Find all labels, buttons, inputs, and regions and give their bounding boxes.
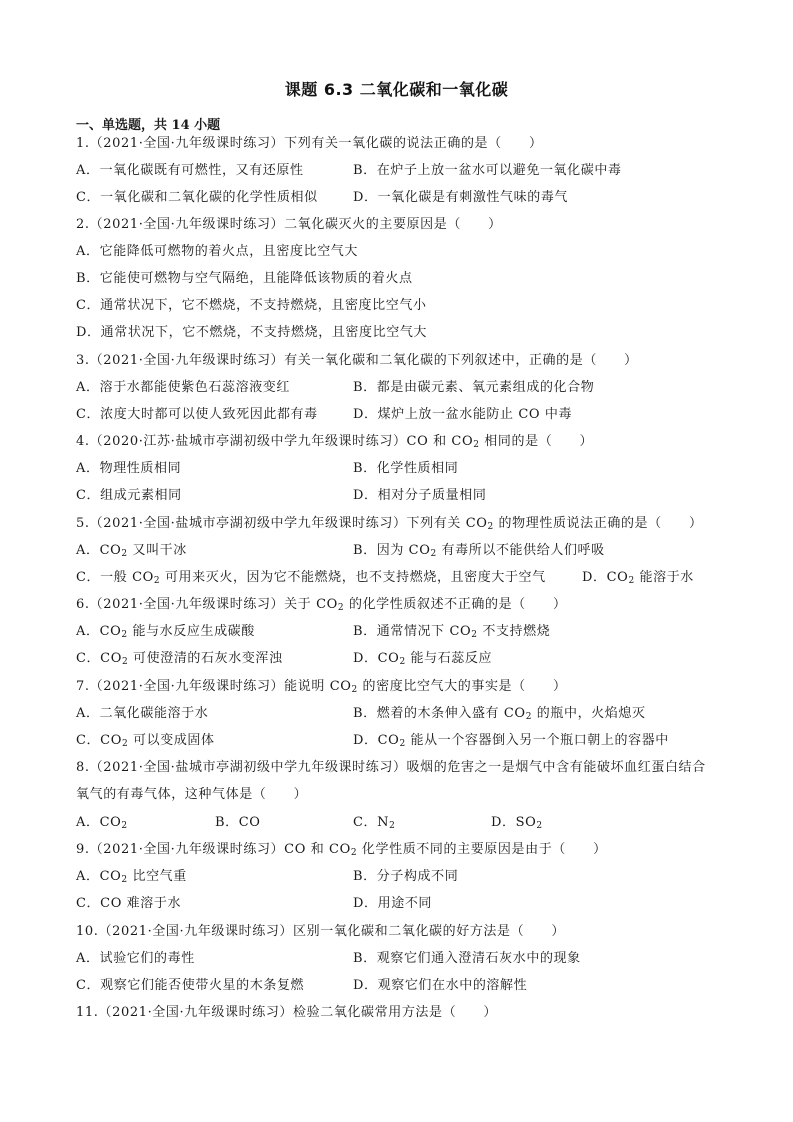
question-text: 的化学性质叙述不正确的是（ ） <box>344 597 566 612</box>
question-7-option-c: C．CO2 可以变成固体 <box>76 732 215 750</box>
question-3-stem: 3.（2021·全国·九年级课时练习）有关一氧化碳和二氧化碳的下列叙述中，正确的… <box>76 352 638 370</box>
option-text: D．CO <box>582 570 628 585</box>
option-text: A．CO <box>76 869 121 884</box>
question-8-option-a: A．CO2 <box>76 814 128 832</box>
option-text: 能溶于水 <box>635 570 694 585</box>
option-text: 可用来灭火，因为它不能燃烧，也不支持燃烧，且密度大于空气 <box>160 570 546 585</box>
option-text: A．二氧化碳能溶于水 <box>76 706 208 721</box>
question-text: （2021·全国·九年级课时练习）能说明 CO <box>90 679 352 694</box>
section-header: 一、单选题，共 14 小题 <box>76 114 220 133</box>
option-text: D．SO <box>491 815 536 830</box>
question-8-option-d: D．SO2 <box>491 814 543 832</box>
question-4-option-b: B．化学性质相同 <box>353 460 458 478</box>
question-9-option-c: C．CO 难溶于水 <box>76 895 181 913</box>
question-text: （2021·全国·九年级课时练习）有关一氧化碳和二氧化碳的下列叙述中，正确的是（… <box>90 353 638 368</box>
subscript: 2 <box>121 821 127 831</box>
option-text: C．N <box>353 815 389 830</box>
question-6-option-b: B．通常情况下 CO2 不支持燃烧 <box>353 623 550 641</box>
question-text: 化学性质不同的主要原因是由于（ ） <box>357 842 607 857</box>
question-3-option-d: D．煤炉上放一盆水能防止 CO 中毒 <box>353 406 572 424</box>
question-text: （2021·全国·九年级课时练习）检验二氧化碳常用方法是（ ） <box>98 1005 497 1020</box>
question-2-option-c: C．通常状况下，它不燃烧，不支持燃烧，且密度比空气小 <box>76 297 427 315</box>
question-10-option-d: D．观察它们在水中的溶解性 <box>353 977 527 995</box>
question-number: 9. <box>76 842 90 857</box>
option-text: 可使澄清的石灰水变浑浊 <box>128 651 282 666</box>
option-text: C．CO <box>76 651 122 666</box>
question-1-stem: 1.（2021·全国·九年级课时练习）下列有关一氧化碳的说法正确的是（ ） <box>76 135 543 153</box>
question-text: （2021·全国·九年级课时练习）下列有关一氧化碳的说法正确的是（ ） <box>90 136 543 151</box>
option-text: 有毒所以不能供给人们呼吸 <box>437 543 605 558</box>
option-text: 能与水反应生成碳酸 <box>128 624 255 639</box>
question-6-option-d: D．CO2 能与石蕊反应 <box>353 650 492 668</box>
question-8-stem-line-1: 8.（2021·全国·盐城市亭湖初级中学九年级课时练习）吸烟的危害之一是烟气中含… <box>76 759 706 777</box>
question-4-option-a: A．物理性质相同 <box>76 460 181 478</box>
question-number: 7. <box>76 679 90 694</box>
option-text: B．燃着的木条伸入盛有 CO <box>353 706 526 721</box>
question-10-option-b: B．观察它们通入澄清石灰水中的现象 <box>353 950 581 968</box>
question-10-stem: 10.（2021·全国·九年级课时练习）区别一氧化碳和二氧化碳的好方法是（ ） <box>76 923 565 941</box>
question-10-option-a: A．试验它们的毒性 <box>76 950 195 968</box>
option-text: B．CO <box>215 815 261 830</box>
question-7-stem: 7.（2021·全国·九年级课时练习）能说明 CO2 的密度比空气大的事实是（ … <box>76 678 567 696</box>
page-title: 课题 6.3 二氧化碳和一氧化碳 <box>0 77 793 100</box>
question-9-option-a: A．CO2 比空气重 <box>76 868 187 886</box>
question-number: 5. <box>76 516 90 531</box>
question-number: 4. <box>76 434 90 449</box>
question-text: （2021·全国·九年级课时练习）区别一氧化碳和二氧化碳的好方法是（ ） <box>98 924 565 939</box>
question-5-option-b: B．因为 CO2 有毒所以不能供给人们呼吸 <box>353 542 605 560</box>
question-4-option-c: C．组成元素相同 <box>76 487 182 505</box>
question-number: 1. <box>76 136 90 151</box>
question-2-option-b: B．它能使可燃物与空气隔绝，且能降低该物质的着火点 <box>76 270 413 288</box>
option-text: 能与石蕊反应 <box>406 651 492 666</box>
question-6-option-c: C．CO2 可使澄清的石灰水变浑浊 <box>76 650 283 668</box>
document-page: 课题 6.3 二氧化碳和一氧化碳 一、单选题，共 14 小题 1.（2021·全… <box>0 0 793 1122</box>
question-3-option-c: C．浓度大时都可以使人致死因此都有毒 <box>76 406 318 424</box>
question-number: 2. <box>76 217 90 232</box>
question-text: （2021·全国·盐城市亭湖初级中学九年级课时练习）吸烟的危害之一是烟气中含有能… <box>90 760 706 775</box>
question-text: （2020·江苏·盐城市亭湖初级中学九年级课时练习）CO 和 CO <box>90 434 474 449</box>
question-1-option-d: D．一氧化碳是有刺激性气味的毒气 <box>353 189 568 207</box>
question-2-option-a: A．它能降低可燃物的着火点，且密度比空气大 <box>76 243 358 261</box>
subscript: 2 <box>389 821 395 831</box>
question-7-option-b: B．燃着的木条伸入盛有 CO2 的瓶中，火焰熄灭 <box>353 705 646 723</box>
question-1-option-a: A．一氧化碳既有可燃性，又有还原性 <box>76 162 304 180</box>
option-text: 又叫干冰 <box>128 543 187 558</box>
question-5-option-a: A．CO2 又叫干冰 <box>76 542 187 560</box>
option-text: 不支持燃烧 <box>478 624 551 639</box>
option-text: B．分子构成不同 <box>353 869 458 884</box>
question-4-stem: 4.（2020·江苏·盐城市亭湖初级中学九年级课时练习）CO 和 CO2 相同的… <box>76 433 593 451</box>
question-5-stem: 5.（2021·全国·盐城市亭湖初级中学九年级课时练习）下列有关 CO2 的物理… <box>76 515 703 533</box>
question-6-option-a: A．CO2 能与水反应生成碳酸 <box>76 623 255 641</box>
question-8-option-c: C．N2 <box>353 814 395 832</box>
question-2-option-d: D．通常状况下，它不燃烧，不支持燃烧，且密度比空气大 <box>76 324 427 342</box>
question-9-stem: 9.（2021·全国·九年级课时练习）CO 和 CO2 化学性质不同的主要原因是… <box>76 841 607 859</box>
question-text: （2021·全国·九年级课时练习）关于 CO <box>90 597 338 612</box>
option-text: C．一般 CO <box>76 570 154 585</box>
option-text: D．CO <box>353 733 399 748</box>
question-text: （2021·全国·九年级课时练习）CO 和 CO <box>90 842 351 857</box>
question-number: 6. <box>76 597 90 612</box>
question-number: 10. <box>76 924 98 939</box>
option-text: C．CO <box>76 733 122 748</box>
question-1-option-b: B．在炉子上放一盆水可以避免一氧化碳中毒 <box>353 162 622 180</box>
question-7-option-a: A．二氧化碳能溶于水 <box>76 705 208 723</box>
question-text: 的物理性质说法正确的是（ ） <box>494 516 703 531</box>
option-text: C．CO 难溶于水 <box>76 896 181 911</box>
option-text: 能从一个容器倒入另一个瓶口朝上的容器中 <box>406 733 669 748</box>
question-number: 3. <box>76 353 90 368</box>
question-text: （2021·全国·九年级课时练习）二氧化碳灭火的主要原因是（ ） <box>90 217 502 232</box>
question-text: 相同的是（ ） <box>480 434 594 449</box>
option-text: 比空气重 <box>128 869 187 884</box>
option-text: D．CO <box>353 651 399 666</box>
question-7-option-d: D．CO2 能从一个容器倒入另一个瓶口朝上的容器中 <box>353 732 669 750</box>
question-4-option-d: D．相对分子质量相同 <box>353 487 486 505</box>
question-11-stem: 11.（2021·全国·九年级课时练习）检验二氧化碳常用方法是（ ） <box>76 1004 497 1022</box>
question-8-stem-line-2: 氧气的有毒气体，这种气体是（ ） <box>76 786 307 804</box>
question-text: 的密度比空气大的事实是（ ） <box>358 679 567 694</box>
question-1-option-c: C．一氧化碳和二氧化碳的化学性质相似 <box>76 189 318 207</box>
question-6-stem: 6.（2021·全国·九年级课时练习）关于 CO2 的化学性质叙述不正确的是（ … <box>76 596 567 614</box>
question-8-option-b: B．CO <box>215 814 261 832</box>
option-text: A．CO <box>76 815 121 830</box>
option-text: 的瓶中，火焰熄灭 <box>532 706 646 721</box>
option-text: A．CO <box>76 624 121 639</box>
question-3-option-a: A．溶于水都能使紫色石蕊溶液变红 <box>76 379 290 397</box>
option-text: D．用途不同 <box>353 896 432 911</box>
question-text: （2021·全国·盐城市亭湖初级中学九年级课时练习）下列有关 CO <box>90 516 488 531</box>
question-5-option-c: C．一般 CO2 可用来灭火，因为它不能燃烧，也不支持燃烧，且密度大于空气 <box>76 569 546 587</box>
subscript: 2 <box>536 821 542 831</box>
option-text: B．因为 CO <box>353 543 431 558</box>
question-9-option-b: B．分子构成不同 <box>353 868 458 886</box>
question-9-option-d: D．用途不同 <box>353 895 432 913</box>
question-5-option-d: D．CO2 能溶于水 <box>582 569 694 587</box>
question-3-option-b: B．都是由碳元素、氧元素组成的化合物 <box>353 379 594 397</box>
option-text: B．通常情况下 CO <box>353 624 471 639</box>
question-10-option-c: C．观察它们能否使带火星的木条复燃 <box>76 977 304 995</box>
option-text: 可以变成固体 <box>128 733 214 748</box>
question-2-stem: 2.（2021·全国·九年级课时练习）二氧化碳灭火的主要原因是（ ） <box>76 216 502 234</box>
question-number: 11. <box>76 1005 98 1020</box>
question-number: 8. <box>76 760 90 775</box>
option-text: A．CO <box>76 543 121 558</box>
